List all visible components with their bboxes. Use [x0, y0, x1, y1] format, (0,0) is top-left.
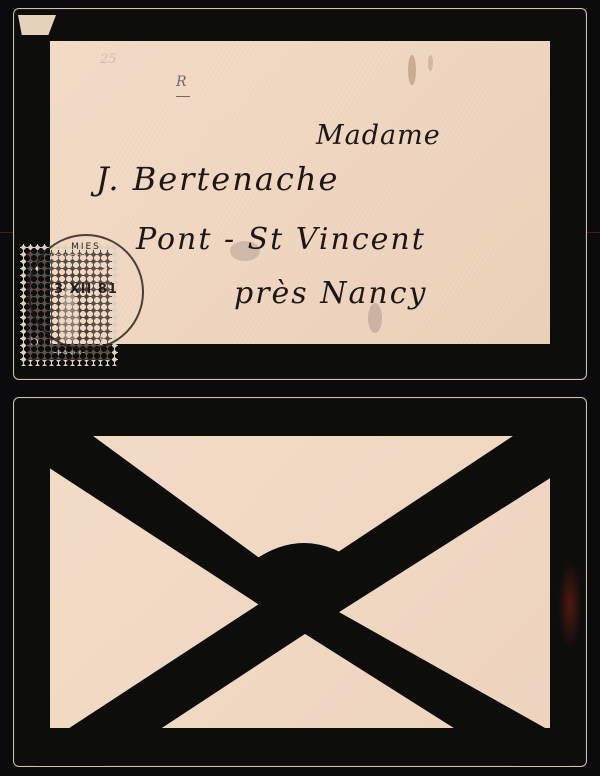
red-stain [558, 560, 582, 650]
faint-pencil-number: 25 [100, 52, 117, 67]
address-line-town: Pont - St Vincent [136, 222, 426, 257]
postmark: MIES 3 XII 81 [28, 234, 144, 350]
postmark-date: 3 XII 81 [30, 282, 142, 297]
stain [408, 55, 416, 85]
address-line-region: près Nancy [234, 276, 427, 311]
torn-corner [18, 15, 56, 35]
stamp-denomination: 5 [30, 334, 39, 349]
stamp-value-text: FRANCO [27, 349, 111, 357]
black-x-bands [14, 398, 586, 766]
stain [428, 55, 433, 71]
pencil-note: R [176, 74, 187, 90]
postmark-town: MIES [30, 242, 142, 252]
address-line-salutation: Madame [316, 120, 441, 151]
envelope-back [13, 397, 587, 767]
address-line-name: J. Bertenache [96, 160, 339, 198]
